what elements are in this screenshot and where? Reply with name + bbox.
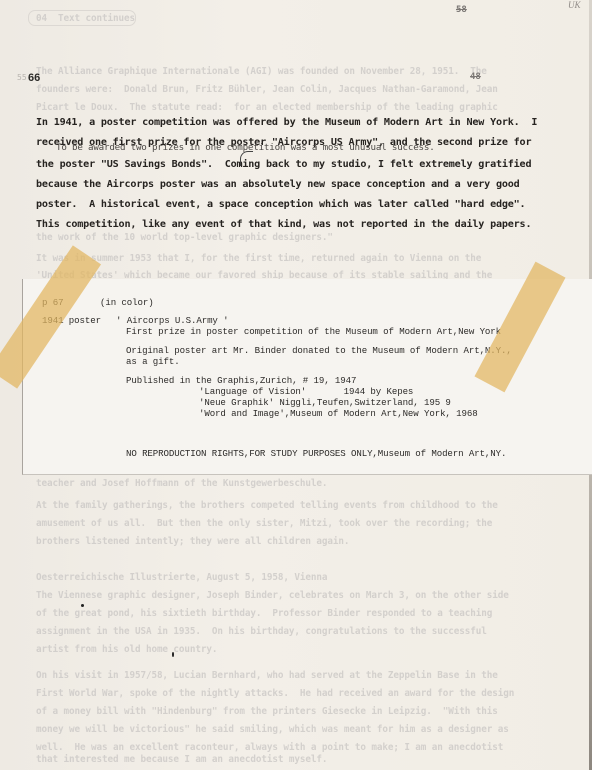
card-title: ' Aircorps U.S.Army ' bbox=[116, 315, 229, 326]
corner-mark: UK bbox=[568, 0, 581, 10]
card-rights-notice: NO REPRODUCTION RIGHTS,FOR STUDY PURPOSE… bbox=[126, 448, 506, 459]
struck-page-number: 58 bbox=[456, 5, 467, 15]
show-through-line: amusement of us all. But then the only s… bbox=[36, 518, 492, 529]
show-through-line: Picart le Doux. The statute read: for an… bbox=[36, 102, 498, 113]
show-through-line: On his visit in 1957/58, Lucian Bernhard… bbox=[36, 670, 498, 681]
show-through-line: well. He was an excellent raconteur, alw… bbox=[36, 742, 503, 753]
show-through-line: teacher and Josef Hoffmann of the Kunstg… bbox=[36, 478, 327, 489]
show-through-line: assignment in the USA in 1935. On his bi… bbox=[36, 626, 487, 637]
card-page-note: (in color) bbox=[100, 297, 154, 308]
show-through-line: First World War, spoke of the nightly at… bbox=[36, 688, 514, 699]
insertion-caret-mark bbox=[240, 151, 253, 166]
ink-speck bbox=[81, 604, 84, 607]
text-line: poster. A historical event, a space conc… bbox=[36, 195, 592, 215]
text-line: This competition, like any event of that… bbox=[36, 215, 592, 235]
main-paragraph: In 1941, a poster competition was offere… bbox=[36, 113, 592, 235]
card-line: 'Neue Graphik' Niggli,Teufen,Switzerland… bbox=[199, 397, 451, 408]
show-through-line: artist from his old home country. bbox=[36, 644, 217, 655]
struck-page-number: 48 bbox=[470, 72, 481, 82]
show-through-line: money we will be victorious" he said smi… bbox=[36, 724, 509, 735]
card-line: Original poster art Mr. Binder donated t… bbox=[126, 345, 512, 356]
show-through-line: The Viennese graphic designer, Joseph Bi… bbox=[36, 590, 509, 601]
ink-speck bbox=[172, 652, 174, 657]
card-line: First prize in poster competition of the… bbox=[126, 326, 501, 337]
show-through-line: of the great pond, his sixtieth birthday… bbox=[36, 608, 492, 619]
show-through-line: At the family gatherings, the brothers c… bbox=[36, 500, 498, 511]
page-number: 66 bbox=[28, 72, 40, 84]
show-through-line: Oesterreichische Illustrierte, August 5,… bbox=[36, 572, 327, 583]
text-line: In 1941, a poster competition was offere… bbox=[36, 113, 592, 133]
card-line: Published in the Graphis,Zurich, # 19, 1… bbox=[126, 375, 356, 386]
card-line: 'Word and Image',Museum of Modern Art,Ne… bbox=[199, 408, 478, 419]
show-through-line: The Alliance Graphique Internationale (A… bbox=[36, 66, 487, 77]
show-through-line: 04 Text continues bbox=[36, 13, 135, 24]
text-line: the poster "US Savings Bonds". Coming ba… bbox=[36, 155, 592, 175]
show-through-line: that interested me because I am an anecd… bbox=[36, 754, 327, 765]
card-line: as a gift. bbox=[126, 356, 180, 367]
show-through-line: brothers listened intently; they were al… bbox=[36, 536, 349, 547]
show-through-line: of a money bill with "Hindenburg" from t… bbox=[36, 706, 498, 717]
faded-page-number: 55 bbox=[17, 73, 27, 82]
text-line: because the Aircorps poster was an absol… bbox=[36, 175, 592, 195]
show-through-line: It was in summer 1953 that I, for the fi… bbox=[36, 253, 481, 264]
card-line: 'Language of Vision' 1944 by Kepes bbox=[199, 386, 413, 397]
show-through-line: founders were: Donald Brun, Fritz Bühler… bbox=[36, 84, 498, 95]
